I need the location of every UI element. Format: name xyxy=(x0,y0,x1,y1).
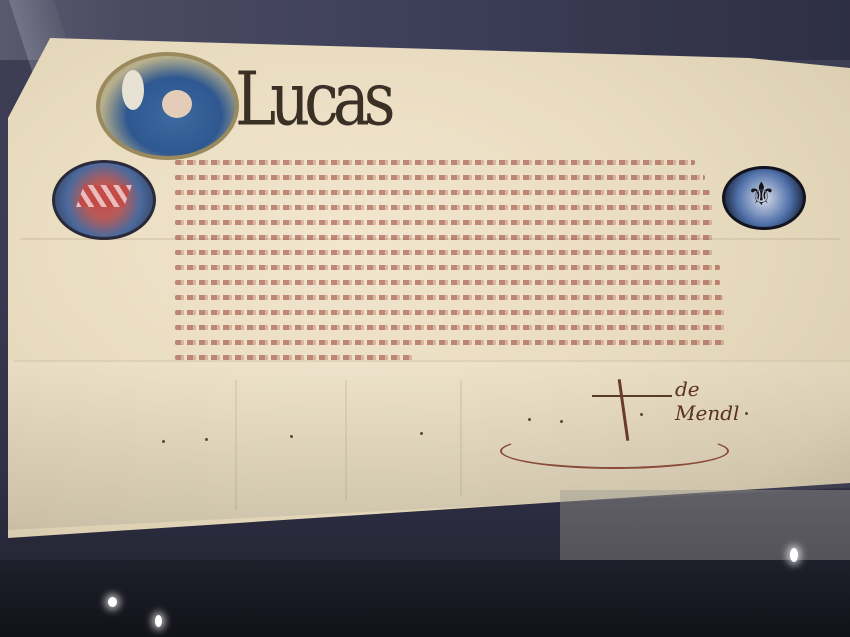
signature-stroke xyxy=(618,379,630,441)
light-glare xyxy=(108,597,117,607)
light-glare xyxy=(155,615,162,627)
seal-hole xyxy=(290,435,293,438)
signature: de Mendl xyxy=(500,375,750,475)
illuminated-miniature xyxy=(96,52,239,160)
seal-hole xyxy=(560,420,563,423)
coat-of-arms-right: ⚜ xyxy=(722,166,806,230)
seal-hole xyxy=(745,412,748,415)
figure-icon xyxy=(122,70,144,110)
text-line xyxy=(175,325,727,330)
signature-flourish xyxy=(500,433,729,469)
heraldic-emblem-icon: ⚜ xyxy=(747,175,776,213)
text-line xyxy=(175,160,695,165)
display-case-base xyxy=(0,560,850,637)
seal-hole xyxy=(528,418,531,421)
charter-text-block xyxy=(175,158,715,368)
seal-hole xyxy=(205,438,208,441)
seal-hole xyxy=(162,440,165,443)
seal-hole xyxy=(690,413,693,416)
text-line xyxy=(175,175,705,180)
seal-hole xyxy=(420,432,423,435)
text-line xyxy=(175,205,713,210)
text-line xyxy=(175,265,720,270)
seal-hole xyxy=(640,413,643,416)
text-line xyxy=(175,235,715,240)
text-line xyxy=(175,190,710,195)
text-line xyxy=(175,280,720,285)
text-line xyxy=(175,355,415,360)
signature-name: de Mendl xyxy=(675,377,750,425)
decorated-initial: Lucas xyxy=(235,55,390,143)
lozenge-pattern-icon xyxy=(76,185,132,207)
text-line xyxy=(175,295,723,300)
text-line xyxy=(175,220,715,225)
signature-stroke xyxy=(592,395,672,397)
child-figure-icon xyxy=(162,90,192,118)
text-line xyxy=(175,340,727,345)
text-line xyxy=(175,250,715,255)
coat-of-arms-left xyxy=(52,160,156,240)
text-line xyxy=(175,310,725,315)
light-glare xyxy=(790,548,798,562)
